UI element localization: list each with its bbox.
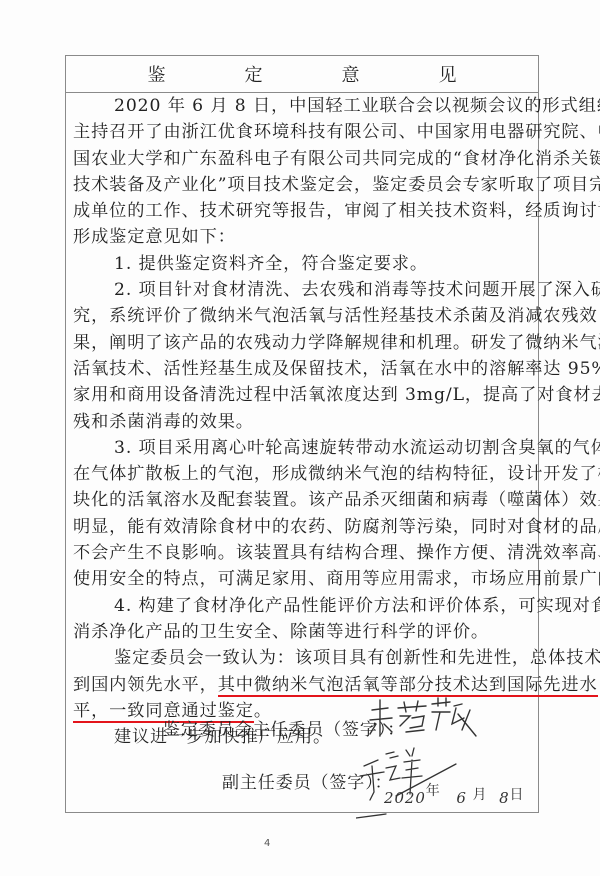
text-line: 在气体扩散板上的气泡，形成微纳米气泡的结构特征，设计开发了模 [73, 461, 533, 487]
date-month: 6 [456, 789, 466, 807]
text-line: 家用和商用设备清洗过程中活氧浓度达到 3mg/L，提高了对食材去农 [73, 382, 533, 408]
opinion-body: 2020 年 6 月 8 日，中国轻工业联合会以视频会议的形式组织并 主持召开了… [73, 93, 533, 750]
text-line: 3. 项目采用离心叶轮高速旋转带动水流运动切割含臭氧的气体 [73, 435, 533, 461]
heading-char: 定 [223, 61, 284, 87]
heading-char: 见 [417, 61, 478, 87]
text-line: 2020 年 6 月 8 日，中国轻工业联合会以视频会议的形式组织并 [73, 93, 533, 119]
text-line: 不会产生不良影响。该装置具有结构合理、操作方便、清洗效率高、 [73, 540, 533, 566]
text-line: 4. 构建了食材净化产品性能评价方法和评价体系，可实现对食材 [73, 593, 533, 619]
text-line: 残和杀菌消毒的效果。 [73, 409, 533, 435]
text-line: 形成鉴定意见如下： [73, 224, 533, 250]
table-heading: 鉴 定 意 见 [66, 56, 538, 93]
text-line: 2. 项目针对食材清洗、去农残和消毒等技术问题开展了深入研 [73, 277, 533, 303]
date-year: 2020 [384, 789, 426, 807]
text-line: 国农业大学和广东盈科电子有限公司共同完成的“食材净化消杀关键 [73, 146, 533, 172]
text-line: 鉴定委员会一致认为：该项目具有创新性和先进性，总体技术达 [73, 645, 533, 671]
conclusion-line: 到国内领先水平，其中微纳米气泡活氧等部分技术达到国际先进水 [73, 672, 533, 698]
text-line: 使用安全的特点，可满足家用、商用等应用需求，市场应用前景广阔。 [73, 566, 533, 592]
text-line: 技术装备及产业化”项目技术鉴定会，鉴定委员会专家听取了项目完 [73, 172, 533, 198]
text-line: 消杀净化产品的卫生安全、除菌等进行科学的评价。 [73, 619, 533, 645]
text-line: 1. 提供鉴定资料齐全，符合鉴定要求。 [73, 251, 533, 277]
text-line: 成单位的工作、技术研究等报告，审阅了相关技术资料，经质询讨论， [73, 198, 533, 224]
date-month-unit: 月 [472, 787, 487, 803]
text-line: 究，系统评价了微纳米气泡活氧与活性羟基技术杀菌及消减农残效 [73, 303, 533, 329]
chair-signature [366, 696, 486, 746]
text-line: 活氧技术、活性羟基生成及保留技术，活氧在水中的溶解率达 95%; [73, 356, 533, 382]
appraisal-opinion-table: 鉴 定 意 见 2020 年 6 月 8 日，中国轻工业联合会以视频会议的形式组… [65, 55, 539, 813]
date-day-unit: 日 [510, 787, 525, 803]
heading-char: 鉴 [126, 61, 187, 87]
date-day: 8 [499, 789, 509, 807]
highlighted-conclusion: 其中微纳米气泡活氧等部分技术达到国际先进水 [218, 675, 598, 697]
text-line: 块化的活氧溶水及配套装置。该产品杀灭细菌和病毒（噬菌体）效果 [73, 487, 533, 513]
handwritten-date: 2020年 6 月 8日 [384, 788, 524, 808]
text-line: 明显，能有效清除食材中的农药、防腐剂等污染，同时对食材的品质 [73, 514, 533, 540]
page-number: 4 [264, 838, 270, 849]
conclusion-plain: 到国内领先水平， [73, 675, 218, 695]
text-line: 果，阐明了该产品的农残动力学降解规律和机理。研发了微纳米气泡 [73, 330, 533, 356]
heading-char: 意 [320, 61, 381, 87]
text-line: 主持召开了由浙江优食环境科技有限公司、中国家用电器研究院、中 [73, 119, 533, 145]
document-page: 鉴 定 意 见 2020 年 6 月 8 日，中国轻工业联合会以视频会议的形式组… [0, 0, 600, 876]
date-year-unit: 年 [426, 783, 441, 799]
